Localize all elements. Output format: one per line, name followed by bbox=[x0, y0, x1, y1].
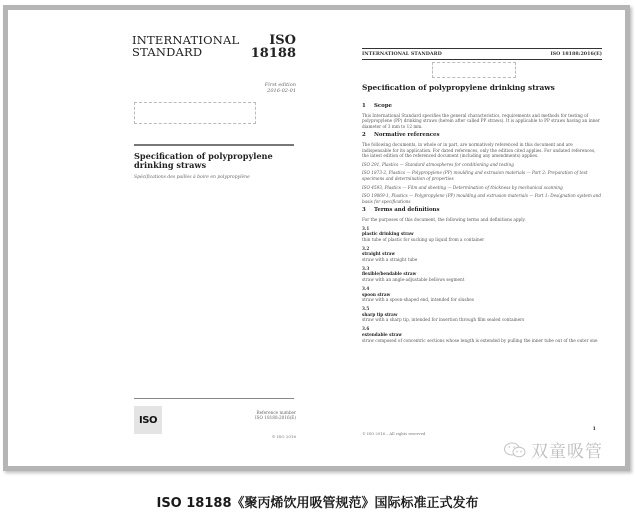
section-number: 1 bbox=[362, 104, 374, 110]
logo-text: ISO bbox=[139, 415, 157, 426]
section-heading-terms: 3Terms and definitions bbox=[362, 208, 602, 214]
edition-info: First edition 2016-02-01 bbox=[265, 82, 296, 94]
title-line-2: drinking straws bbox=[134, 161, 273, 170]
content-page: INTERNATIONAL STANDARD ISO 18188:2016(E)… bbox=[354, 36, 604, 446]
term-definition: thin tube of plastic for sucking up liqu… bbox=[362, 237, 602, 243]
reference-number: ISO 18188:2016(E) bbox=[255, 415, 296, 420]
header-left: INTERNATIONAL STANDARD bbox=[362, 51, 442, 57]
standard-number: 18188 bbox=[251, 47, 296, 60]
section-title: Normative references bbox=[374, 132, 440, 138]
term-definition: straw with a straight tube bbox=[362, 257, 602, 263]
reference-item: ISO 291, Plastics — Standard atmospheres… bbox=[362, 162, 602, 168]
page-footer: © ISO 2016 – All rights reserved bbox=[362, 431, 425, 436]
section-title: Terms and definitions bbox=[374, 207, 440, 213]
terms-intro: For the purposes of this document, the f… bbox=[362, 217, 602, 223]
image-caption: ISO 18188《聚丙烯饮用吸管规范》国际标准正式发布 bbox=[0, 492, 635, 511]
cover-copyright: © ISO 2016 bbox=[272, 434, 296, 439]
page-title: Specification of polypropylene drinking … bbox=[362, 83, 555, 92]
normative-text: The following documents, in whole or in … bbox=[362, 142, 602, 159]
page-number: 1 bbox=[593, 426, 596, 432]
section-heading-normative: 2Normative references bbox=[362, 133, 602, 139]
term-entry: 3.5 sharp tip straw straw with a sharp t… bbox=[362, 306, 602, 323]
edition-date: 2016-02-01 bbox=[265, 88, 296, 94]
section-number: 3 bbox=[362, 208, 374, 214]
reference-block: Reference number ISO 18188:2016(E) bbox=[255, 410, 296, 420]
term-definition: straw composed of concentric sections wh… bbox=[362, 338, 602, 344]
term-entry: 3.4 spoon straw straw with a spoon-shape… bbox=[362, 286, 602, 303]
page-body: 1Scope This International Standard speci… bbox=[362, 100, 602, 347]
cover-heading: INTERNATIONAL STANDARD bbox=[132, 34, 239, 58]
scope-text: This International Standard specifies th… bbox=[362, 113, 602, 130]
section-heading-scope: 1Scope bbox=[362, 104, 602, 110]
section-number: 2 bbox=[362, 133, 374, 139]
watermark: 双童吸管 bbox=[503, 437, 603, 462]
reference-item: ISO 4593, Plastics — Film and sheeting —… bbox=[362, 185, 602, 191]
wechat-icon bbox=[503, 441, 527, 459]
page-header: INTERNATIONAL STANDARD ISO 18188:2016(E) bbox=[362, 48, 602, 60]
reference-item: ISO 19069-1, Plastics — Polypropylene (P… bbox=[362, 193, 602, 204]
term-entry: 3.6 extendable straw straw composed of c… bbox=[362, 326, 602, 343]
section-title: Scope bbox=[374, 103, 392, 109]
term-entry: 3.2 straight straw straw with a straight… bbox=[362, 246, 602, 263]
cover-page: INTERNATIONAL STANDARD ISO 18188 First e… bbox=[122, 22, 310, 452]
divider bbox=[134, 144, 294, 146]
reference-item: ISO 1873-2, Plastics — Polypropylene (PP… bbox=[362, 170, 602, 181]
iso-number: ISO 18188 bbox=[251, 34, 296, 60]
stamp-mark bbox=[134, 102, 256, 124]
divider bbox=[134, 398, 294, 399]
cover-subtitle: Spécifications des pailles à boire en po… bbox=[134, 175, 250, 180]
term-definition: straw with a sharp tip, intended for ins… bbox=[362, 317, 602, 323]
heading-line-2: STANDARD bbox=[132, 46, 239, 58]
stamp-mark bbox=[432, 62, 516, 78]
header-right: ISO 18188:2016(E) bbox=[550, 51, 602, 57]
iso-logo-icon: ISO bbox=[134, 406, 162, 434]
term-entry: 3.1 plastic drinking straw thin tube of … bbox=[362, 226, 602, 243]
cover-title: Specification of polypropylene drinking … bbox=[134, 152, 273, 170]
watermark-text: 双童吸管 bbox=[531, 437, 603, 462]
term-entry: 3.3 flexible/bendable straw straw with a… bbox=[362, 266, 602, 283]
term-definition: straw with a spoon-shaped end, intended … bbox=[362, 297, 602, 303]
term-definition: straw with an angle-adjustable bellows s… bbox=[362, 277, 602, 283]
